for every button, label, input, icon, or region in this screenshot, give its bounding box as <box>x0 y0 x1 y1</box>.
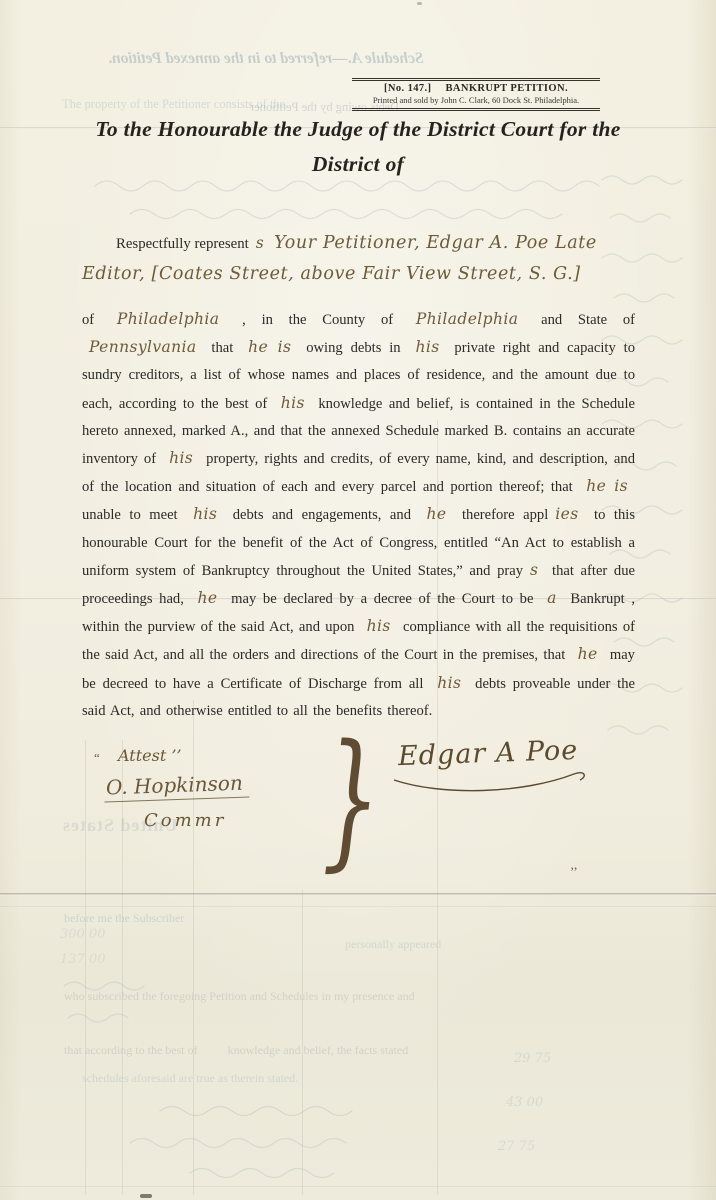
document-title: To the Honourable the Judge of the Distr… <box>40 112 676 182</box>
commissioner-signature: O. Hopkinson <box>104 770 250 802</box>
signature-flourish <box>392 766 592 800</box>
printed-text: of <box>82 312 110 328</box>
ink-speck <box>140 1194 152 1198</box>
printed-text: that <box>204 340 242 356</box>
printed-text: debts and engagements, and <box>224 507 419 523</box>
bleedthrough-schedule-a-header: Schedule A.—referred to in the annexed P… <box>108 50 423 67</box>
ink-speck <box>417 2 422 5</box>
bleedthrough-schedules-true: schedules aforesaid are true as therein … <box>82 1072 298 1085</box>
bleedthrough-according-best: that according to the best of knowledge … <box>64 1044 408 1057</box>
bleedthrough-table-line <box>85 740 86 1195</box>
stray-ink-mark: “ <box>94 750 100 766</box>
bleedthrough-scribble-bottom <box>100 1095 530 1187</box>
handwritten-text: he <box>571 645 605 663</box>
attest-block: Attest ’’ O. Hopkinson Commr <box>104 746 249 831</box>
scanned-document-page: Schedule A.—referred to in the annexed P… <box>0 0 716 1200</box>
title-line-2: District of <box>40 147 676 182</box>
commissioner-title: Commr <box>144 810 249 831</box>
bleedthrough-amount: 300 00 <box>60 928 106 942</box>
fold-crease-lower-2 <box>0 906 716 908</box>
fold-crease-lower <box>0 893 716 896</box>
handwritten-text: his <box>186 505 224 523</box>
title-line-1: To the Honourable the Judge of the Distr… <box>40 112 676 147</box>
handwritten-text: a <box>540 589 564 607</box>
bleedthrough-before-me: before me the Subscriber <box>64 912 184 925</box>
printed-text: , in the County of <box>226 312 408 328</box>
printed-text: unable to meet <box>82 507 186 523</box>
attest-label: Attest ’’ <box>118 746 249 765</box>
bleedthrough-amount: 29 75 <box>514 1052 551 1066</box>
stray-ink-mark: ’’ <box>570 864 578 880</box>
printed-text: Respectfully represent <box>116 236 249 252</box>
handwritten-text: his <box>430 674 468 692</box>
handwritten-text: his <box>360 617 398 635</box>
handwritten-text: he <box>420 505 454 523</box>
printed-text: owing debts in <box>298 340 408 356</box>
handwritten-text: Pennsylvania <box>82 338 204 356</box>
handwritten-text: he is <box>579 477 635 495</box>
printed-text: may be declared by a decree of the Court… <box>225 591 541 607</box>
petition-opening-paragraph: Respectfully representsYour Petitioner, … <box>82 228 634 290</box>
bleedthrough-scribble-left <box>58 972 188 1036</box>
handwritten-text: ies <box>548 505 585 523</box>
handwritten-text: s <box>249 234 271 252</box>
printed-text: therefore appl <box>453 507 548 523</box>
handwritten-text: his <box>408 338 446 356</box>
printed-text: and State of <box>525 312 635 328</box>
handwritten-text: Philadelphia <box>110 310 227 328</box>
bleedthrough-personally-appeared: personally appeared <box>345 938 441 951</box>
handwritten-text: he is <box>241 338 298 356</box>
form-title: BANKRUPT PETITION. <box>445 83 568 94</box>
form-number: [No. 147.] <box>384 83 431 94</box>
handwritten-text: his <box>274 394 312 412</box>
printer-imprint-box: [No. 147.]BANKRUPT PETITION. Printed and… <box>352 78 600 111</box>
handwritten-text: he <box>191 589 225 607</box>
imprint-line: [No. 147.]BANKRUPT PETITION. <box>352 83 600 94</box>
handwritten-text: Philadelphia <box>409 310 526 328</box>
brace-mark: } <box>322 726 380 872</box>
bleedthrough-amount: 137 00 <box>60 953 106 967</box>
petition-body-paragraph: of Philadelphia , in the County of Phila… <box>82 306 635 725</box>
handwritten-text: s <box>523 561 545 579</box>
printer-credit: Printed and sold by John C. Clark, 60 Do… <box>352 95 600 105</box>
handwritten-text: his <box>162 449 200 467</box>
